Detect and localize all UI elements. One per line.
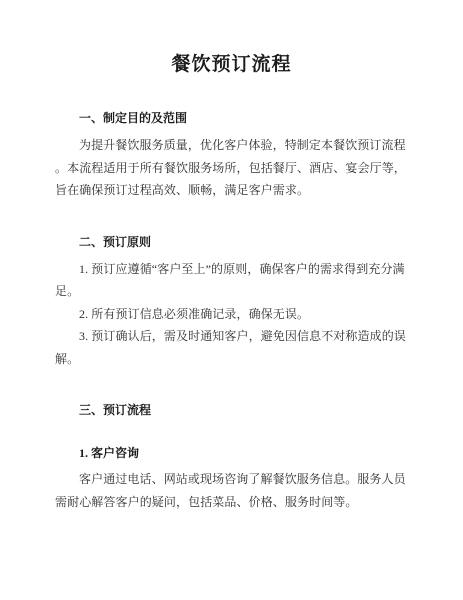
paragraph-customer-inquiry: 客户通过电话、网站或现场咨询了解餐饮服务信息。服务人员 需耐心解答客户的疑问，包… [55,468,408,513]
paragraph-purpose-and-scope: 为提升餐饮服务质量，优化客户体验，特制定本餐饮预订流程 。本流程适用于所有餐饮服… [55,134,408,202]
section-heading-purpose-and-scope: 一、制定目的及范围 [55,107,408,129]
subsection-heading-customer-inquiry: 1. 客户咨询 [55,442,408,464]
document-page: 餐饮预订流程 一、制定目的及范围 为提升餐饮服务质量，优化客户体验，特制定本餐饮… [0,0,463,600]
list-item-principle-1: 1. 预订应遵循“客户至上”的原则，确保客户的需求得到充分满 足。 [55,258,408,303]
section-heading-reservation-principles: 二、预订原则 [55,231,408,253]
section-heading-reservation-process: 三、预订流程 [55,399,408,421]
document-title: 餐饮预订流程 [55,53,408,77]
list-item-principle-3: 3. 预订确认后，需及时通知客户，避免因信息不对称造成的误 解。 [55,325,408,370]
list-item-principle-2: 2. 所有预订信息必须准确记录，确保无误。 [55,303,408,326]
